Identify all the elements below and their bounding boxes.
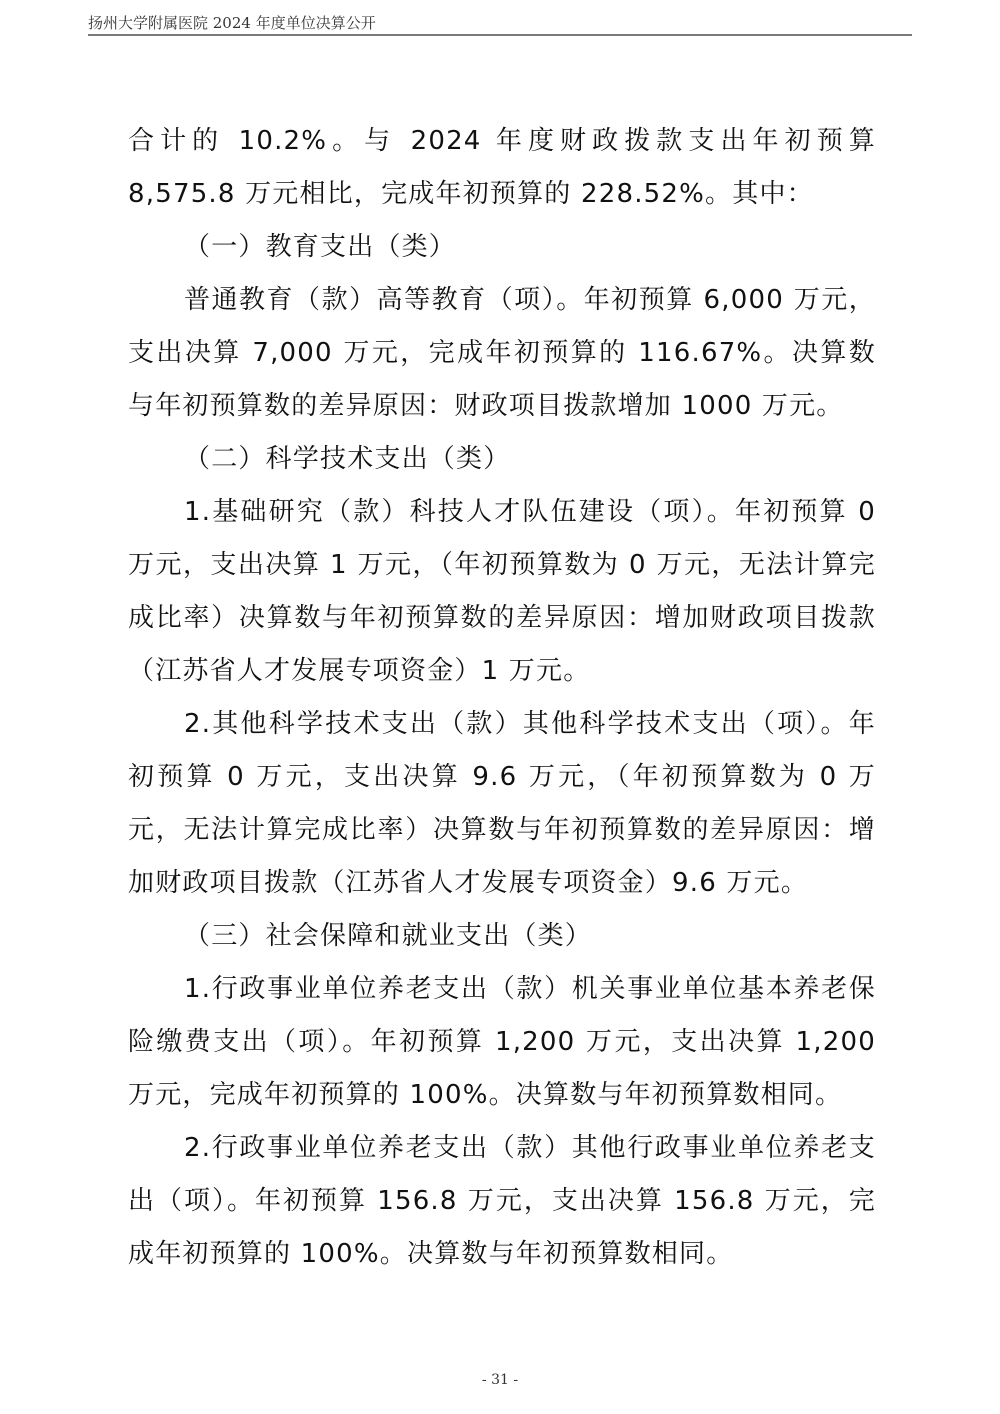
paragraph-science-basic-research: 1.基础研究（款）科技人才队伍建设（项）。年初预算 0 万元，支出决算 1 万元… [128,486,876,698]
paragraph-education: 普通教育（款）高等教育（项）。年初预算 6,000 万元，支出决算 7,000 … [128,274,876,433]
paragraph-pension-basic: 1.行政事业单位养老支出（款）机关事业单位基本养老保险缴费支出（项）。年初预算 … [128,963,876,1122]
paragraph-science-other: 2.其他科学技术支出（款）其他科学技术支出（项）。年初预算 0 万元，支出决算 … [128,698,876,910]
section-heading-education: （一）教育支出（类） [128,221,876,274]
paragraph-continuation: 合计的 10.2%。与 2024 年度财政拨款支出年初预算 8,575.8 万元… [128,115,876,221]
paragraph-pension-other: 2.行政事业单位养老支出（款）其他行政事业单位养老支出（项）。年初预算 156.… [128,1122,876,1281]
section-heading-science: （二）科学技术支出（类） [128,433,876,486]
section-heading-social-security: （三）社会保障和就业支出（类） [128,910,876,963]
header-divider [88,34,912,36]
page-footer: - 31 - [0,1372,1000,1388]
page-number: - 31 - [482,1372,518,1388]
document-body: 合计的 10.2%。与 2024 年度财政拨款支出年初预算 8,575.8 万元… [128,115,876,1281]
header-title: 扬州大学附属医院 2024 年度单位决算公开 [88,14,376,32]
page-header: 扬州大学附属医院 2024 年度单位决算公开 [88,12,912,34]
